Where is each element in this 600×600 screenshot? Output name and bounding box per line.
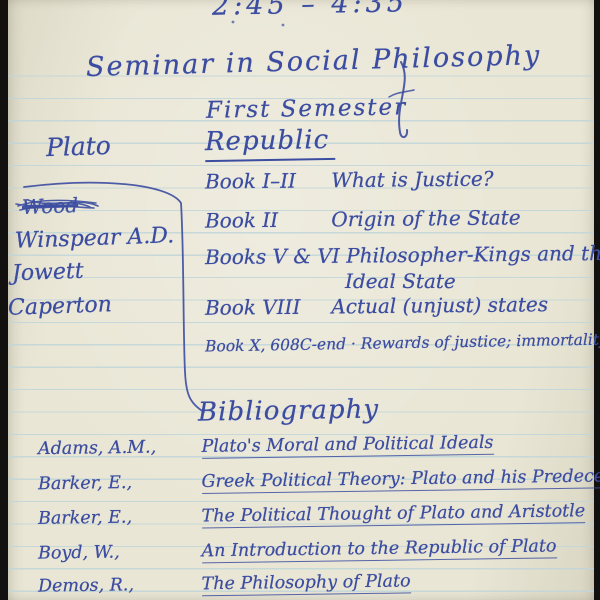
bibliography-entry: Demos, R., The Philosophy of Plato <box>38 571 411 596</box>
book-ref: Book II <box>205 207 325 232</box>
bibliography-heading: Bibliography <box>198 394 379 427</box>
book-topic: What is Justice? <box>331 166 493 192</box>
bib-author: Adams, A.M., <box>38 437 196 459</box>
outline-row: Book I–II What is Justice? <box>205 166 494 193</box>
bib-author: Barker, E., <box>38 472 196 494</box>
author-label: Plato <box>46 131 112 162</box>
outline-row: Books V & VI Philosopher-Kings and the <box>205 241 600 269</box>
margin-name-struck: Wood <box>22 193 79 219</box>
book-ref: Book I–II <box>205 168 325 193</box>
ink-dot <box>282 24 285 27</box>
outline-row: Book VIII Actual (unjust) states <box>205 292 548 320</box>
book-topic-continuation: Ideal State <box>345 269 456 293</box>
work-title: Republic <box>205 125 336 162</box>
book-topic: Actual (unjust) states <box>331 292 548 318</box>
margin-name: Jowett <box>12 259 84 286</box>
page-right-edge <box>594 0 600 600</box>
bib-author: Boyd, W., <box>38 541 196 563</box>
book-ref: Books V & VI <box>205 244 340 269</box>
bib-title: The Philosophy of Plato <box>201 571 410 596</box>
book-ref: Book VIII <box>205 295 325 320</box>
work-title-underlined: Republic <box>205 125 336 162</box>
book-topic: Philosopher-Kings and the <box>346 241 600 268</box>
semester-label: First Semester <box>206 94 408 124</box>
book-ref: Book X, 608C-end · <box>205 335 356 356</box>
margin-name: Caperton <box>8 292 113 321</box>
book-topic: Origin of the State <box>331 205 520 231</box>
outline-row: Book II Origin of the State <box>205 205 521 232</box>
bib-author: Demos, R., <box>38 574 196 596</box>
bib-title: Plato's Moral and Political Ideals <box>201 433 493 459</box>
class-time: 2:45 – 4:35 <box>212 0 408 22</box>
bib-author: Barker, E., <box>38 507 196 529</box>
notebook-page: 2:45 – 4:35 Seminar in Social Philosophy… <box>0 0 600 600</box>
